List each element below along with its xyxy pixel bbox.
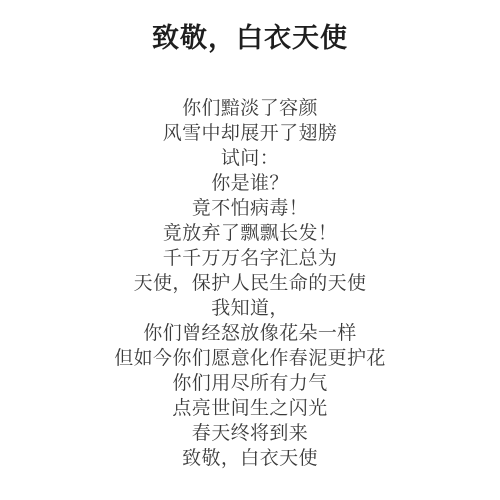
poem-line: 你是谁？ bbox=[0, 171, 500, 196]
poem-line: 天使，保护人民生命的天使 bbox=[0, 271, 500, 296]
poem-line: 你们曾经怒放像花朵一样 bbox=[0, 321, 500, 346]
poem-line: 试问： bbox=[0, 146, 500, 171]
poem-title: 致敬，白衣天使 bbox=[0, 22, 500, 56]
poem-line: 你们黯淡了容颜 bbox=[0, 96, 500, 121]
poem-line: 你们用尽所有力气 bbox=[0, 371, 500, 396]
poem-line: 春天终将到来 bbox=[0, 421, 500, 446]
poem-line: 风雪中却展开了翅膀 bbox=[0, 121, 500, 146]
poem-line: 千千万万名字汇总为 bbox=[0, 246, 500, 271]
poem-body: 你们黯淡了容颜 风雪中却展开了翅膀 试问： 你是谁？ 竟不怕病毒！ 竟放弃了飘飘… bbox=[0, 96, 500, 471]
poem-line: 竟不怕病毒！ bbox=[0, 196, 500, 221]
poem-line: 竟放弃了飘飘长发！ bbox=[0, 221, 500, 246]
poem-line: 我知道， bbox=[0, 296, 500, 321]
poem-line: 但如今你们愿意化作春泥更护花 bbox=[0, 346, 500, 371]
poem-page: 致敬，白衣天使 你们黯淡了容颜 风雪中却展开了翅膀 试问： 你是谁？ 竟不怕病毒… bbox=[0, 0, 500, 500]
poem-line: 点亮世间生之闪光 bbox=[0, 396, 500, 421]
poem-line: 致敬，白衣天使 bbox=[0, 446, 500, 471]
